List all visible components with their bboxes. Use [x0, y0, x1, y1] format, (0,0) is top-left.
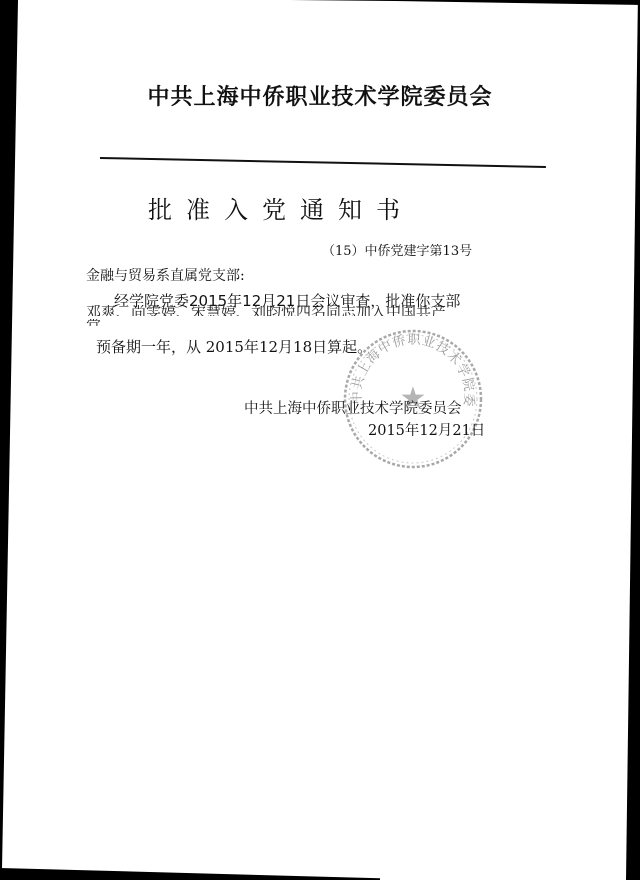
header-separator-line [100, 157, 546, 168]
body-text-line-2-continuation-clipped: 党 [86, 319, 116, 326]
scan-edge-top [290, 0, 640, 5]
scan-edge-bottom [0, 868, 380, 880]
body-text-line-2-clipped: 邓爽、尚雯婷、宋慧婷、刘昀悦四名同志加入中国共产 [86, 305, 506, 316]
signature-date: 2015年12月21日 [368, 419, 485, 440]
document-number: （15）中侨党建字第13号 [322, 240, 472, 259]
scan-edge-right [626, 0, 640, 880]
body-text-line-3: 预备期一年，从 2015年12月18日算起。 [96, 336, 372, 357]
scan-edge-left [0, 0, 18, 880]
addressee: 金融与贸易系直属党支部: [86, 265, 245, 285]
body-text-line-2-continuation: 党 [86, 319, 116, 326]
body-text-line-2: 邓爽、尚雯婷、宋慧婷、刘昀悦四名同志加入中国共产 [86, 305, 506, 316]
document-title: 批准入党通知书 [148, 190, 414, 225]
signature-organization: 中共上海中侨职业技术学院委员会 [244, 397, 462, 418]
org-header: 中共上海中侨职业技术学院委员会 [0, 80, 640, 111]
